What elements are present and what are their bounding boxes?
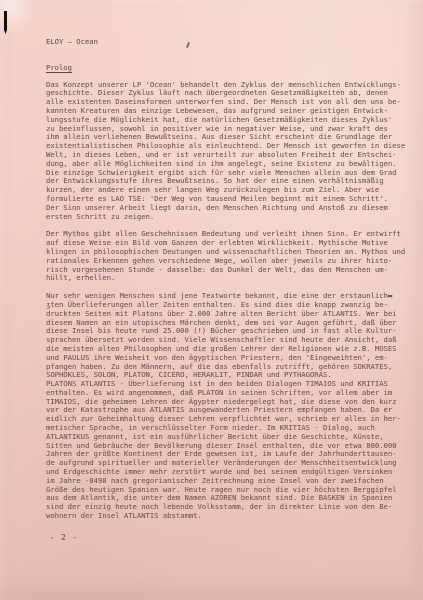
- prolog-heading: Prolog: [46, 64, 72, 73]
- page-content: ELOY – Ocean Prolog Das Konzept unserer …: [46, 38, 414, 530]
- prolog-paragraph-3: Nur sehr wenigen Menschen sind jene Text…: [46, 292, 414, 521]
- prolog-paragraph-2: Der Mythos gibt allen Geschehnissen Bede…: [46, 230, 414, 283]
- binder-ink-mark: [4, 11, 7, 34]
- page-number: - 2 -: [50, 533, 78, 542]
- prolog-paragraph-1: Das Konzept unserer LP 'Ocean' behandelt…: [46, 81, 414, 222]
- document-title: ELOY – Ocean: [46, 38, 414, 47]
- scanned-document-page: ELOY – Ocean Prolog Das Konzept unserer …: [0, 0, 423, 600]
